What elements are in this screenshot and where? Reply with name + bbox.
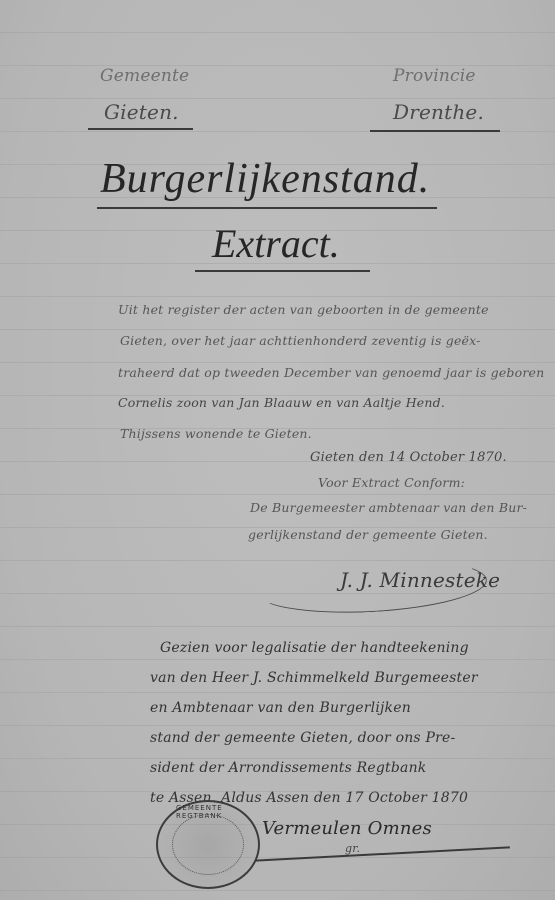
legalization-line: stand der gemeente Gieten, door ons Pre- bbox=[150, 730, 455, 746]
official-title-line: gerlijkenstand der gemeente Gieten. bbox=[248, 527, 488, 542]
gemeente-value: Gieten. bbox=[104, 100, 179, 124]
body-line: traheerd dat op tweeden December van gen… bbox=[118, 365, 544, 380]
legalization-line: en Ambtenaar van den Burgerlijken bbox=[150, 700, 411, 716]
official-title-line: De Burgemeester ambtenaar van den Bur- bbox=[250, 500, 527, 515]
gemeente-label: Gemeente bbox=[100, 66, 189, 86]
legalization-line: Gezien voor legalisatie der handteekenin… bbox=[160, 640, 469, 656]
provincie-label: Provincie bbox=[393, 66, 476, 86]
document-title: Burgerlijkenstand. bbox=[100, 155, 430, 203]
legalization-line: van den Heer J. Schimmelkeld Burgemeeste… bbox=[150, 670, 478, 686]
provincie-underline bbox=[370, 130, 500, 132]
body-line: Thijssens wonende te Gieten. bbox=[120, 426, 312, 441]
official-seal-stamp: GEMEENTE REGTBANK bbox=[156, 800, 260, 889]
document-subtitle: Extract. bbox=[212, 220, 340, 267]
legalization-line: sident der Arrondissements Regtbank bbox=[150, 760, 427, 776]
conform-text: Voor Extract Conform: bbox=[318, 475, 465, 490]
place-date: Gieten den 14 October 1870. bbox=[310, 450, 507, 465]
body-line: Cornelis zoon van Jan Blaauw en van Aalt… bbox=[118, 395, 445, 410]
seal-text: GEMEENTE REGTBANK bbox=[176, 804, 258, 820]
gemeente-underline bbox=[88, 128, 193, 130]
provincie-value: Drenthe. bbox=[393, 100, 484, 124]
body-line: Gieten, over het jaar achttienhonderd ze… bbox=[120, 333, 481, 348]
mayor-signature: J. J. Minnesteke bbox=[340, 568, 500, 592]
seal-inner-ring bbox=[172, 814, 244, 875]
president-signature: Vermeulen Omnes bbox=[262, 818, 432, 839]
signature-mark: gr. bbox=[345, 842, 360, 855]
subtitle-underline bbox=[195, 270, 370, 272]
body-line: Uit het register der acten van geboorten… bbox=[118, 302, 489, 317]
title-underline bbox=[97, 207, 437, 209]
